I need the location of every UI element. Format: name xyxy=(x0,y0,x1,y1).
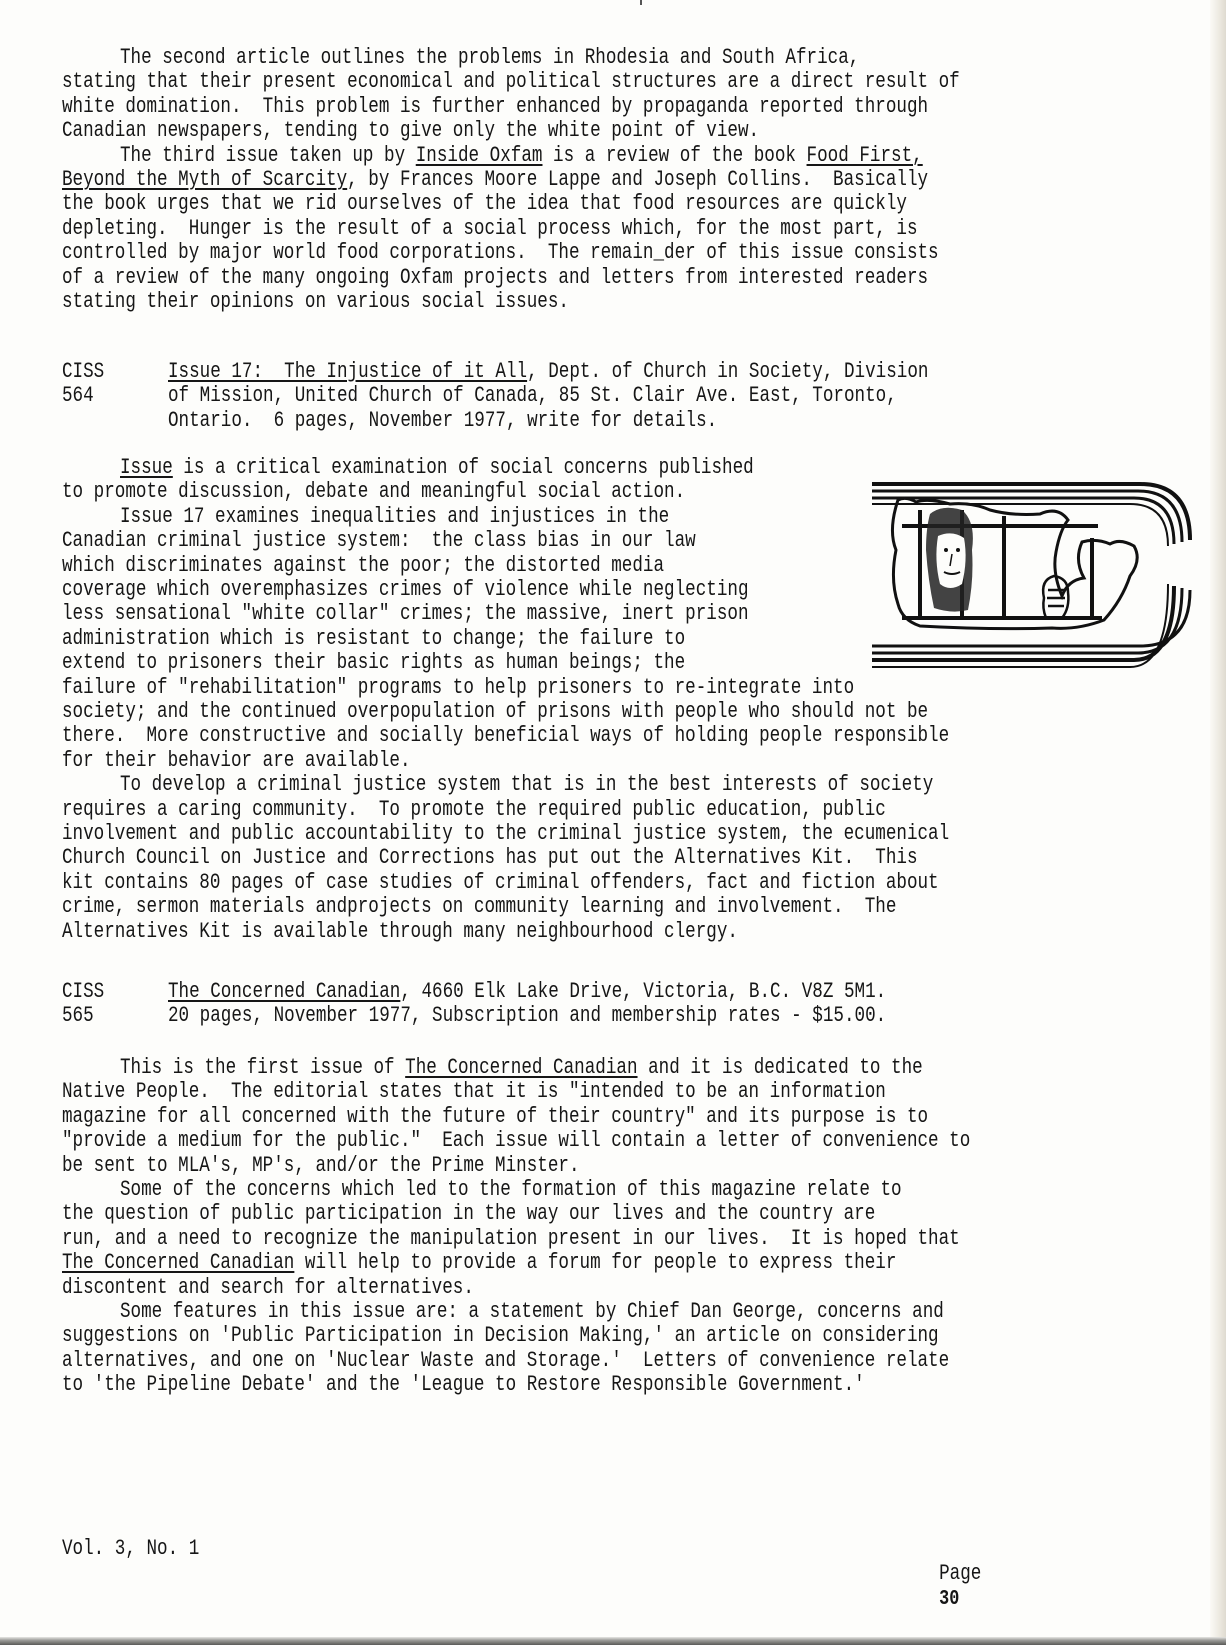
page-number-footer: Page 30 xyxy=(918,1536,981,1611)
body-text-line: coverage which overemphasizes crimes of … xyxy=(62,578,749,602)
text-run: kit contains 80 pages of case studies of… xyxy=(62,870,939,895)
volume-issue-footer: Vol. 3, No. 1 xyxy=(62,1536,199,1561)
text-run: society; and the continued overpopulatio… xyxy=(62,699,928,724)
body-text-line: there. More constructive and socially be… xyxy=(62,724,949,748)
text-run: magazine for all concerned with the futu… xyxy=(62,1104,928,1129)
body-text-line: magazine for all concerned with the futu… xyxy=(62,1105,928,1129)
underlined-title: The Concerned Canadian xyxy=(168,979,400,1004)
text-run: To develop a criminal justice system tha… xyxy=(120,772,933,797)
body-text-line: which discriminates against the poor; th… xyxy=(62,554,664,578)
text-run: discontent and search for alternatives. xyxy=(62,1275,474,1300)
body-text-line: The second article outlines the problems… xyxy=(120,46,859,70)
body-text-line: white domination. This problem is furthe… xyxy=(62,95,928,119)
punch-mark xyxy=(640,0,642,5)
body-text-line: less sensational "white collar" crimes; … xyxy=(62,602,749,626)
text-run: administration which is resistant to cha… xyxy=(62,626,685,651)
underlined-title: Beyond the Myth of Scarcity xyxy=(62,167,347,192)
text-run: Canadian newspapers, tending to give onl… xyxy=(62,118,759,143)
body-text-line: This is the first issue of The Concerned… xyxy=(120,1056,923,1080)
body-text-line: suggestions on 'Public Participation in … xyxy=(62,1324,939,1348)
entry-number-label: 564 xyxy=(62,384,94,408)
text-run: Church Council on Justice and Correction… xyxy=(62,845,918,870)
body-text-line: controlled by major world food corporati… xyxy=(62,241,939,265)
text-run: suggestions on 'Public Participation in … xyxy=(62,1323,939,1348)
text-run: stating that their present economical an… xyxy=(62,69,960,94)
text-run: of Mission, United Church of Canada, 85 … xyxy=(168,383,897,408)
text-run: extend to prisoners their basic rights a… xyxy=(62,650,685,675)
body-text-line: alternatives, and one on 'Nuclear Waste … xyxy=(62,1349,949,1373)
text-run: run, and a need to recognize the manipul… xyxy=(62,1226,960,1251)
text-run: will help to provide a forum for people … xyxy=(294,1250,896,1275)
body-text-line: to 'the Pipeline Debate' and the 'League… xyxy=(62,1373,865,1397)
body-text-line: the question of public participation in … xyxy=(62,1202,875,1226)
entry-series-label: CISS xyxy=(62,980,104,1004)
text-run: of a review of the many ongoing Oxfam pr… xyxy=(62,265,928,290)
body-text-line: The Concerned Canadian will help to prov… xyxy=(62,1251,896,1275)
text-run: for their behavior are available. xyxy=(62,748,411,773)
text-run: to 'the Pipeline Debate' and the 'League… xyxy=(62,1372,865,1397)
text-run: there. More constructive and socially be… xyxy=(62,723,949,748)
body-text-line: Canadian criminal justice system: the cl… xyxy=(62,529,696,553)
text-run: the question of public participation in … xyxy=(62,1201,875,1226)
text-run: be sent to MLA's, MP's, and/or the Prime… xyxy=(62,1153,580,1178)
text-run: failure of "rehabilitation" programs to … xyxy=(62,675,854,700)
text-run: to promote discussion, debate and meanin… xyxy=(62,479,685,504)
text-run: crime, sermon materials andprojects on c… xyxy=(62,894,896,919)
body-text-line: be sent to MLA's, MP's, and/or the Prime… xyxy=(62,1154,580,1178)
body-text-line: Alternatives Kit is available through ma… xyxy=(62,920,738,944)
body-text-line: Some of the concerns which led to the fo… xyxy=(120,1178,902,1202)
body-text-line: Beyond the Myth of Scarcity, by Frances … xyxy=(62,168,928,192)
body-text-line: The third issue taken up by Inside Oxfam… xyxy=(120,144,923,168)
text-run: 20 pages, November 1977, Subscription an… xyxy=(168,1003,886,1028)
body-text-line: to promote discussion, debate and meanin… xyxy=(62,480,685,504)
text-run: The second article outlines the problems… xyxy=(120,45,859,70)
text-run: , Dept. of Church in Society, Division xyxy=(527,359,928,384)
text-run: Some of the concerns which led to the fo… xyxy=(120,1177,902,1202)
text-run: is a critical examination of social conc… xyxy=(173,455,754,480)
body-text-line: crime, sermon materials andprojects on c… xyxy=(62,895,896,919)
body-text-line: failure of "rehabilitation" programs to … xyxy=(62,676,854,700)
underlined-title: Food First, xyxy=(807,143,923,168)
underlined-title: Issue xyxy=(120,455,173,480)
body-text-line: requires a caring community. To promote … xyxy=(62,798,886,822)
text-run: involvement and public accountability to… xyxy=(62,821,949,846)
body-text-line: To develop a criminal justice system tha… xyxy=(120,773,933,797)
body-text-line: Issue 17 examines inequalities and injus… xyxy=(120,505,669,529)
underlined-title: The Concerned Canadian xyxy=(62,1250,294,1275)
text-run: The third issue taken up by xyxy=(120,143,416,168)
body-text-line: involvement and public accountability to… xyxy=(62,822,949,846)
body-text-line: kit contains 80 pages of case studies of… xyxy=(62,871,939,895)
entry-number-label: 565 xyxy=(62,1004,94,1028)
text-run: the book urges that we rid ourselves of … xyxy=(62,191,907,216)
text-run: is a review of the book xyxy=(542,143,806,168)
text-run: Ontario. 6 pages, November 1977, write f… xyxy=(168,408,717,433)
text-run: This is the first issue of xyxy=(120,1055,405,1080)
body-text-line: run, and a need to recognize the manipul… xyxy=(62,1227,960,1251)
text-run: and it is dedicated to the xyxy=(638,1055,923,1080)
citation-line: Issue 17: The Injustice of it All, Dept.… xyxy=(168,360,928,384)
text-run: requires a caring community. To promote … xyxy=(62,797,886,822)
body-text-line: "provide a medium for the public." Each … xyxy=(62,1129,970,1153)
text-run: which discriminates against the poor; th… xyxy=(62,553,664,578)
body-text-line: Church Council on Justice and Correction… xyxy=(62,846,918,870)
text-run: , by Frances Moore Lappe and Joseph Coll… xyxy=(347,167,928,192)
citation-line: Ontario. 6 pages, November 1977, write f… xyxy=(168,409,717,433)
body-text-line: the book urges that we rid ourselves of … xyxy=(62,192,907,216)
body-text-line: for their behavior are available. xyxy=(62,749,411,773)
text-run: Some features in this issue are: a state… xyxy=(120,1299,944,1324)
body-text-line: Native People. The editorial states that… xyxy=(62,1080,886,1104)
body-text-line: Issue is a critical examination of socia… xyxy=(120,456,754,480)
text-run: stating their opinions on various social… xyxy=(62,289,569,314)
underlined-title: The Concerned Canadian xyxy=(405,1055,637,1080)
text-run: less sensational "white collar" crimes; … xyxy=(62,601,749,626)
page-label: Page xyxy=(939,1561,981,1586)
body-text-line: stating their opinions on various social… xyxy=(62,290,569,314)
text-run: , 4660 Elk Lake Drive, Victoria, B.C. V8… xyxy=(400,979,886,1004)
underlined-title: Inside Oxfam xyxy=(416,143,543,168)
text-run: white domination. This problem is furthe… xyxy=(62,94,928,119)
text-run: Canadian criminal justice system: the cl… xyxy=(62,528,696,553)
page-edge-shadow xyxy=(1210,0,1226,1645)
text-run: controlled by major world food corporati… xyxy=(62,240,939,265)
text-run: depleting. Hunger is the result of a soc… xyxy=(62,216,918,241)
text-run: coverage which overemphasizes crimes of … xyxy=(62,577,749,602)
body-text-line: administration which is resistant to cha… xyxy=(62,627,685,651)
page-bottom-edge xyxy=(0,1637,1226,1645)
citation-line: 20 pages, November 1977, Subscription an… xyxy=(168,1004,886,1028)
text-run: Issue 17 examines inequalities and injus… xyxy=(120,504,669,529)
body-text-line: Canadian newspapers, tending to give onl… xyxy=(62,119,759,143)
entry-series-label: CISS xyxy=(62,360,104,384)
underlined-title: Issue 17: The Injustice of it All xyxy=(168,359,527,384)
body-text-line: of a review of the many ongoing Oxfam pr… xyxy=(62,266,928,290)
body-text-line: society; and the continued overpopulatio… xyxy=(62,700,928,724)
text-run: alternatives, and one on 'Nuclear Waste … xyxy=(62,1348,949,1373)
body-text-line: stating that their present economical an… xyxy=(62,70,960,94)
body-text-line: extend to prisoners their basic rights a… xyxy=(62,651,685,675)
citation-line: The Concerned Canadian, 4660 Elk Lake Dr… xyxy=(168,980,886,1004)
prisoner-illustration-icon xyxy=(872,480,1194,676)
body-text-line: discontent and search for alternatives. xyxy=(62,1276,474,1300)
body-text-line: depleting. Hunger is the result of a soc… xyxy=(62,217,918,241)
text-run: Native People. The editorial states that… xyxy=(62,1079,886,1104)
text-run: Alternatives Kit is available through ma… xyxy=(62,919,738,944)
text-run: "provide a medium for the public." Each … xyxy=(62,1128,970,1153)
body-text-line: Some features in this issue are: a state… xyxy=(120,1300,944,1324)
page-number: 30 xyxy=(939,1588,959,1611)
citation-line: of Mission, United Church of Canada, 85 … xyxy=(168,384,897,408)
